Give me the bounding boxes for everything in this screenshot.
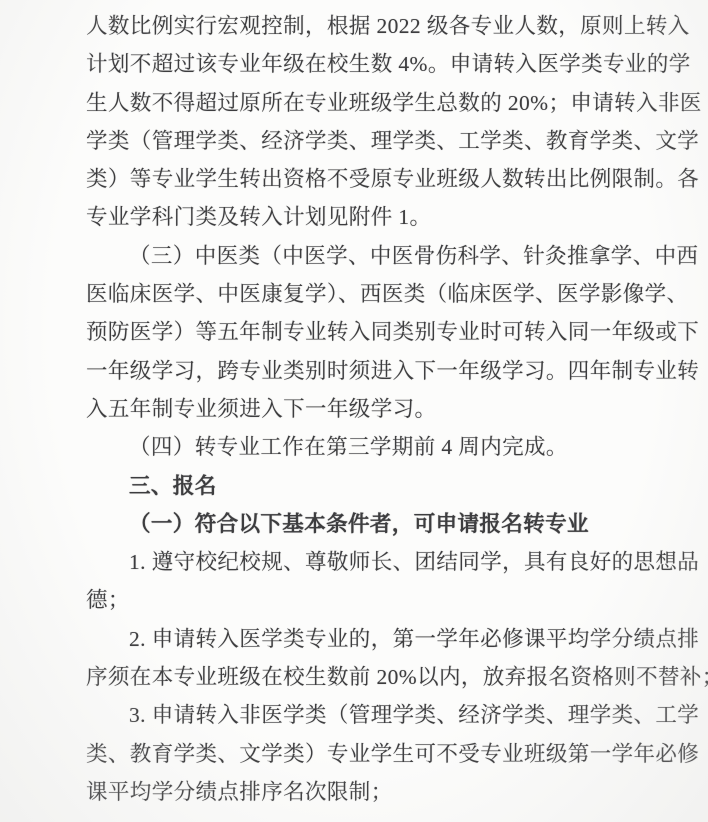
document-text-block: 人数比例实行宏观控制，根据 2022 级各专业人数，原则上转入 计划不超过该专业… [86, 7, 658, 811]
text-line: 医临床医学、中医康复学）、西医类（临床医学、医学影像学、 [86, 275, 658, 313]
text-line: 类、教育学类、文学类）专业学生可不受专业班级第一学年必修 [86, 735, 658, 773]
text-line: 学类（管理学类、经济学类、理学类、工学类、教育学类、文学 [86, 122, 658, 160]
text-line: 预防医学）等五年制专业转入同类别专业时可转入同一年级或下 [86, 313, 658, 351]
text-line-paragraph-start: 1. 遵守校纪校规、尊敬师长、团结同学，具有良好的思想品 [86, 543, 658, 581]
text-line: 计划不超过该专业年级在校生数 4%。申请转入医学类专业的学 [86, 45, 658, 83]
text-line: 专业学科门类及转入计划见附件 1。 [86, 198, 658, 236]
text-line: 类）等专业学生转出资格不受原专业班级人数转出比例限制。各 [86, 160, 658, 198]
text-line-paragraph-start: 2. 申请转入医学类专业的，第一学年必修课平均学分绩点排 [86, 620, 658, 658]
text-line: 入五年制专业须进入下一年级学习。 [86, 390, 658, 428]
text-line: 一年级学习，跨专业类别时须进入下一年级学习。四年制专业转 [86, 352, 658, 390]
text-line: 德； [86, 581, 658, 619]
text-line-paragraph-start: （三）中医类（中医学、中医骨伤科学、针灸推拿学、中西 [86, 237, 658, 275]
text-line-paragraph-start: （四）转专业工作在第三学期前 4 周内完成。 [86, 428, 658, 466]
text-line: 生人数不得超过原所在专业班级学生总数的 20%；申请转入非医 [86, 84, 658, 122]
text-line-paragraph-start: 3. 申请转入非医学类（管理学类、经济学类、理学类、工学 [86, 696, 658, 734]
document-page: 人数比例实行宏观控制，根据 2022 级各专业人数，原则上转入 计划不超过该专业… [0, 0, 708, 822]
text-line: 序须在本专业班级在校生数前 20%以内，放弃报名资格则不替补； [86, 658, 658, 696]
text-line: 课平均学分绩点排序名次限制； [86, 773, 658, 811]
section-heading: 三、报名 [86, 467, 658, 505]
subsection-heading: （一）符合以下基本条件者，可申请报名转专业 [86, 505, 658, 543]
text-line: 人数比例实行宏观控制，根据 2022 级各专业人数，原则上转入 [86, 7, 658, 45]
